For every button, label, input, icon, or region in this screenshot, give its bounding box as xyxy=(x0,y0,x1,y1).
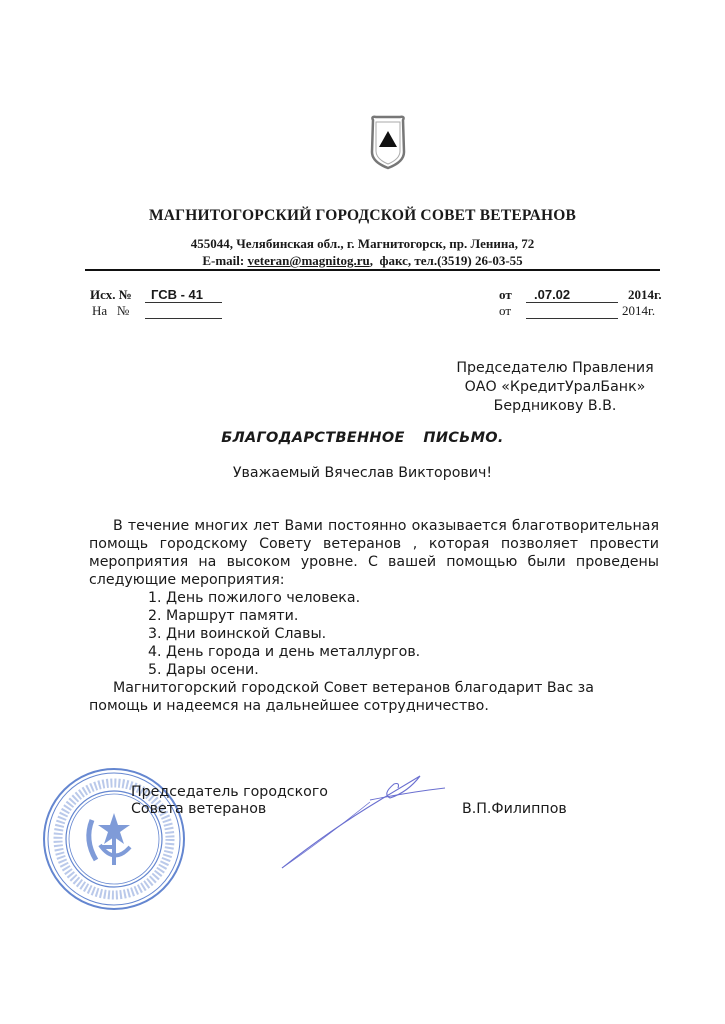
organization-contacts: E-mail: veteran@magnitog.ru, факс, тел.(… xyxy=(0,253,725,269)
header-divider xyxy=(85,269,660,271)
organization-address: 455044, Челябинская обл., г. Магнитогорс… xyxy=(0,236,725,252)
incoming-date xyxy=(526,303,618,319)
outgoing-number-label: Исх. № xyxy=(90,287,132,303)
signer-position-line1: Председатель городского xyxy=(131,784,328,801)
body-paragraph-2: Магнитогорский городской Совет ветеранов… xyxy=(89,679,609,715)
list-item: 5. Дары осени. xyxy=(148,661,659,679)
incoming-number xyxy=(145,303,222,319)
incoming-number-label: На № xyxy=(92,303,129,319)
signer-name: В.П.Филиппов xyxy=(462,801,567,817)
outgoing-date-label: от xyxy=(499,287,512,303)
list-item: 3. Дни воинской Славы. xyxy=(148,625,659,643)
signer-position: Председатель городского Совета ветеранов xyxy=(131,784,328,818)
addressee-company: ОАО «КредитУралБанк» xyxy=(440,378,670,397)
email-link[interactable]: veteran@magnitog.ru xyxy=(247,253,369,268)
coat-of-arms-icon xyxy=(367,114,409,170)
list-item: 1. День пожилого человека. xyxy=(148,589,659,607)
outgoing-date: .07.02 xyxy=(526,287,618,303)
phone-fax: факс, тел.(3519) 26-03-55 xyxy=(379,253,522,268)
greeting: Уважаемый Вячеслав Викторович! xyxy=(0,465,725,481)
list-item: 4. День города и день металлургов. xyxy=(148,643,659,661)
events-list: 1. День пожилого человека. 2. Маршрут па… xyxy=(89,589,659,679)
signer-position-line2: Совета ветеранов xyxy=(131,801,328,818)
addressee-block: Председателю Правления ОАО «КредитУралБа… xyxy=(440,359,670,416)
letter-title: БЛАГОДАРСТВЕННОЕ ПИСЬМО. xyxy=(0,430,725,446)
body-paragraph-1: В течение многих лет Вами постоянно оказ… xyxy=(89,517,659,589)
addressee-name: Бердникову В.В. xyxy=(440,397,670,416)
email-label: E-mail: xyxy=(202,253,244,268)
outgoing-number: ГСВ - 41 xyxy=(145,287,222,303)
addressee-position: Председателю Правления xyxy=(440,359,670,378)
incoming-date-label: от xyxy=(499,303,511,319)
list-item: 2. Маршрут памяти. xyxy=(148,607,659,625)
outgoing-year: 2014г. xyxy=(628,287,662,303)
incoming-year: 2014г. xyxy=(622,303,655,319)
letter-body: В течение многих лет Вами постоянно оказ… xyxy=(89,517,659,715)
organization-name: МАГНИТОГОРСКИЙ ГОРОДСКОЙ СОВЕТ ВЕТЕРАНОВ xyxy=(0,207,725,225)
